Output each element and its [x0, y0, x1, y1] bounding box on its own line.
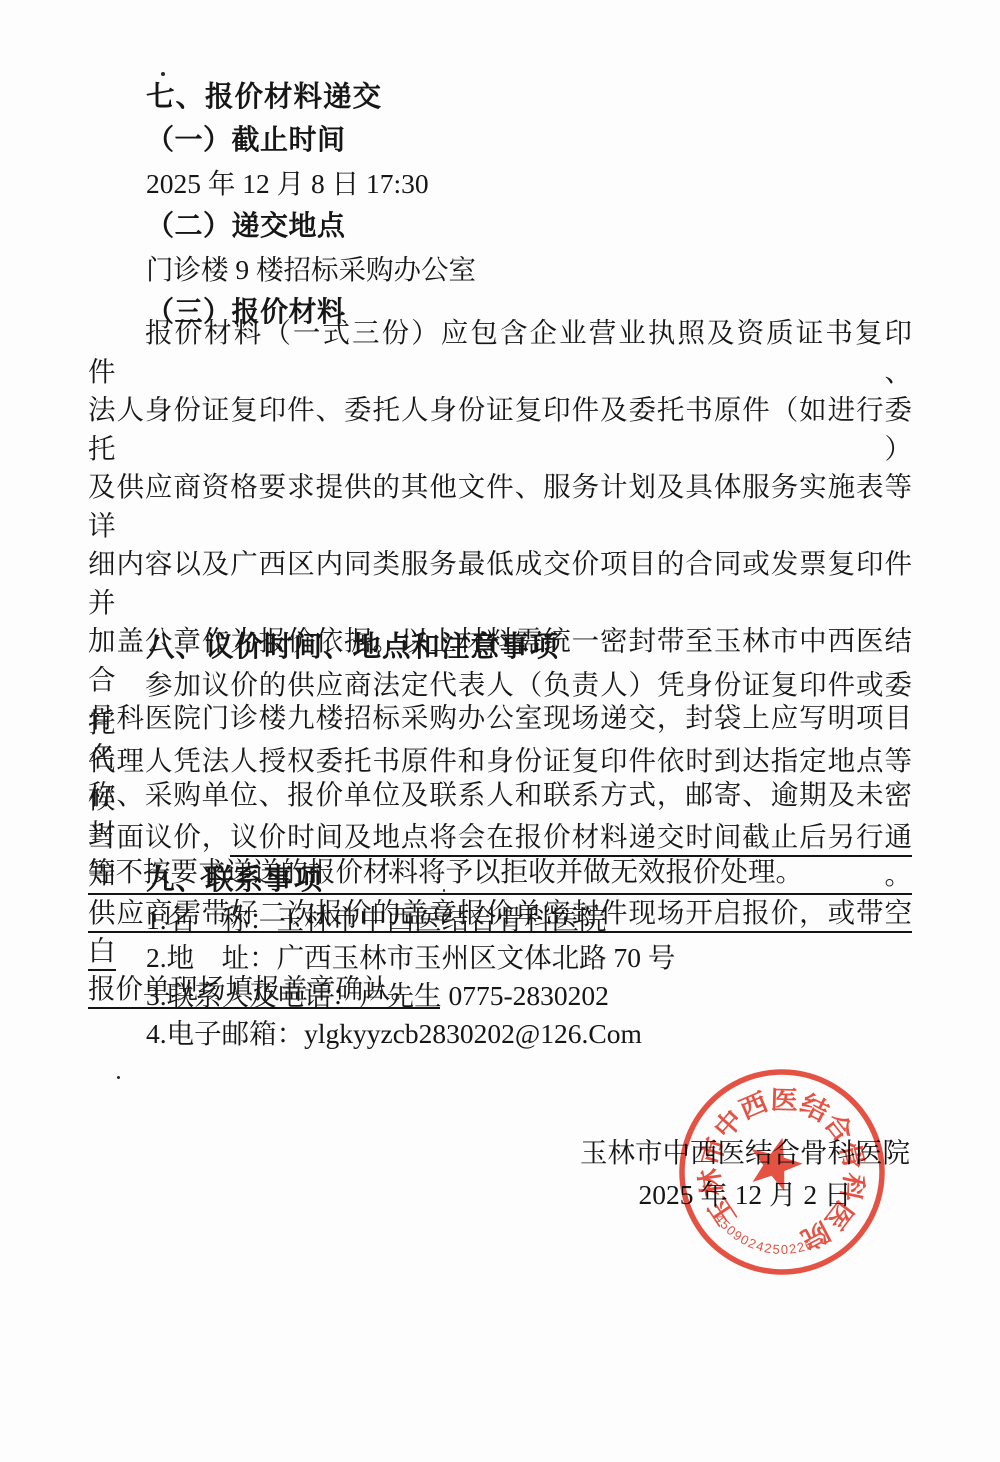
paragraph-line: 细内容以及广西区内同类服务最低成交价项目的合同或发票复印件并 [88, 545, 912, 622]
ink-speck [437, 877, 440, 880]
ink-speck [117, 1076, 120, 1079]
section-9-items: 1.名 称：玉林市中西医结合骨科医院 2.地 址：广西玉林市玉州区文体北路 70… [88, 901, 912, 1053]
section-7-title: 七、报价材料递交 [88, 76, 912, 119]
ink-speck [905, 637, 908, 640]
section-8-negotiation: 八、议价时间、地点和注意事项 [88, 628, 912, 666]
section-9-contact: 九、联系事项 [88, 861, 912, 899]
ink-speck [389, 872, 392, 875]
paragraph-line: 参加议价的供应商法定代表人（负责人）凭身份证复印件或委托 [88, 666, 912, 742]
seal-star-icon [743, 1130, 808, 1193]
delivery-location-value: 门诊楼 9 楼招标采购办公室 [88, 248, 912, 291]
section-8-title: 八、议价时间、地点和注意事项 [88, 628, 912, 666]
section-7-sub2-title: （二）递交地点 [88, 205, 912, 248]
contact-address: 2.地 址：广西玉林市玉州区文体北路 70 号 [88, 939, 912, 977]
plain-text: 参加议价的供应商法定代表人（负责人）凭身份证复印件或委托 [88, 669, 912, 738]
contact-email: 4.电子邮箱：ylgkyyzcb2830202@126.Com [88, 1015, 912, 1053]
paragraph-line: 报价材料（一式三份）应包含企业营业执照及资质证书复印件、 [88, 314, 912, 391]
contact-person-phone: 3.联系人及电话：卢先生 0775-2830202 [88, 977, 912, 1015]
section-7-delivery: 七、报价材料递交 （一）截止时间 2025 年 12 月 8 日 17:30 （… [88, 76, 912, 334]
deadline-value: 2025 年 12 月 8 日 17:30 [88, 162, 912, 205]
plain-text: 当面议价， [88, 821, 230, 852]
paragraph-line: 代理人凭法人授权委托书原件和身份证复印件依时到达指定地点等候 [88, 742, 912, 818]
official-seal-stamp: 玉林市中西医结合骨科医院 4509024250226 [670, 1060, 894, 1284]
section-9-title: 九、联系事项 [88, 861, 912, 899]
section-7-sub1-title: （一）截止时间 [88, 119, 912, 162]
paragraph-line: 法人身份证复印件、委托人身份证复印件及委托书原件（如进行委托） [88, 391, 912, 468]
document-page: 七、报价材料递交 （一）截止时间 2025 年 12 月 8 日 17:30 （… [0, 0, 1000, 1462]
contact-name: 1.名 称：玉林市中西医结合骨科医院 [88, 901, 912, 939]
ink-speck [443, 889, 445, 892]
plain-text: 代理人凭法人授权委托书原件和身份证复印件依时到达指定地点等候 [88, 745, 912, 814]
ink-speck [161, 72, 165, 76]
ink-speck [487, 866, 491, 870]
paragraph-line: 及供应商资格要求提供的其他文件、服务计划及具体服务实施表等详 [88, 468, 912, 545]
